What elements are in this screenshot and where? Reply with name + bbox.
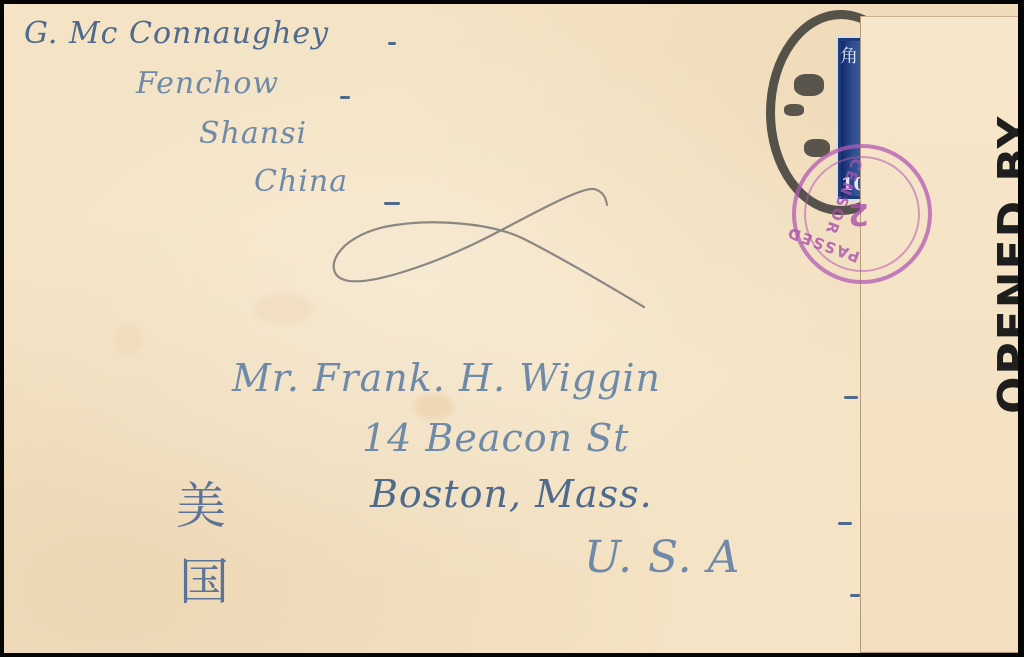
stain: [114, 324, 144, 354]
censor-handstamp: CENSOR 2 PASSED: [792, 144, 932, 284]
recipient-street: 14 Beacon St: [362, 416, 630, 460]
envelope: G. Mc Connaughey Fenchow Shansi China 角 …: [4, 4, 1018, 653]
sender-city: Fenchow: [136, 66, 279, 101]
postmark-ink: [784, 104, 804, 116]
dash: [850, 594, 860, 597]
postmark-ink: [794, 74, 824, 96]
dash: [838, 522, 852, 525]
dash: [340, 96, 350, 99]
chinese-character-guo: 国: [179, 542, 230, 614]
stain: [254, 294, 314, 324]
recipient-country: U. S. A: [584, 532, 740, 583]
stamp-character: 角: [840, 42, 858, 68]
censor-number: 2: [846, 196, 869, 231]
pencil-loop-mark: [324, 179, 654, 319]
sender-province: Shansi: [199, 116, 307, 151]
dash: [844, 396, 858, 399]
image-frame: G. Mc Connaughey Fenchow Shansi China 角 …: [0, 0, 1024, 657]
sender-name: G. Mc Connaughey: [24, 16, 329, 51]
recipient-city-state: Boston, Mass.: [370, 472, 653, 516]
dash: [388, 42, 396, 45]
recipient-name: Mr. Frank. H. Wiggin: [232, 356, 661, 400]
chinese-character-mei: 美: [176, 466, 227, 538]
opened-by-text: OPENED BY: [989, 115, 1018, 414]
